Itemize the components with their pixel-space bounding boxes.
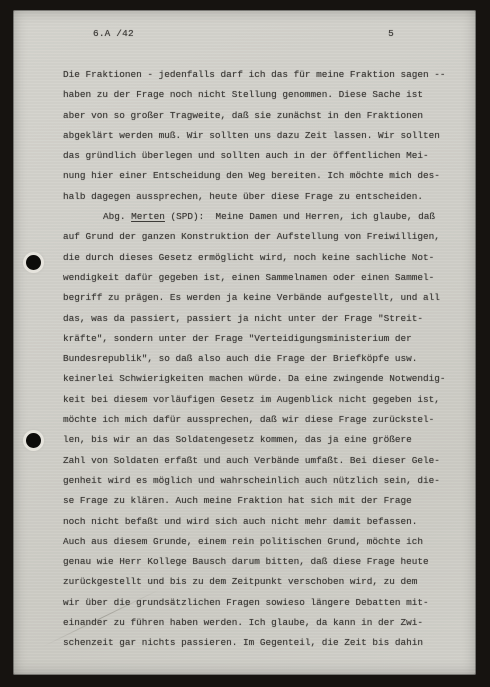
text-line: noch nicht befaßt und wird sich auch nic… <box>63 512 462 532</box>
text-line: genau wie Herr Kollege Bausch darum bitt… <box>63 552 462 572</box>
speaker-line: Abg. Merten (SPD): Meine Damen und Herre… <box>63 207 462 227</box>
text-line: schenzeit gar nichts passieren. Im Gegen… <box>63 633 462 653</box>
text-line: auf Grund der ganzen Konstruktion der Au… <box>63 227 462 247</box>
punch-hole-bottom <box>26 433 41 448</box>
text-line: die durch dieses Gesetz ermöglicht wird,… <box>63 248 462 268</box>
text-line: se Frage zu klären. Auch meine Fraktion … <box>63 491 462 511</box>
text-line: nung hier einer Entscheidung den Weg ber… <box>63 166 462 186</box>
text-line: einander zu führen haben werden. Ich gla… <box>63 613 462 633</box>
speaker-name: Merten <box>131 211 165 222</box>
speaker-line-rest: (SPD): Meine Damen und Herren, ich glaub… <box>165 211 435 222</box>
text-line: das gründlich überlegen und sollten auch… <box>63 146 462 166</box>
paragraph-2-merten-speech: Abg. Merten (SPD): Meine Damen und Herre… <box>63 207 462 654</box>
text-line: begriff zu prägen. Es werden ja keine Ve… <box>63 288 462 308</box>
text-line: Die Fraktionen - jedenfalls darf ich das… <box>63 65 462 85</box>
text-line: wendigkeit dafür gegeben ist, einen Samm… <box>63 268 462 288</box>
scanned-document-frame: { "colors": { "background": "#161310", "… <box>0 0 490 687</box>
text-line: keit bei diesem vorläufigen Gesetz im Au… <box>63 390 462 410</box>
text-line: Bundesrepublik", so daß also auch die Fr… <box>63 349 462 369</box>
document-body: Die Fraktionen - jedenfalls darf ich das… <box>63 65 462 654</box>
speaker-prefix: Abg. <box>103 211 131 222</box>
text-line: halb dagegen aussprechen, heute über die… <box>63 187 462 207</box>
text-line: abgeklärt werden muß. Wir sollten uns da… <box>63 126 462 146</box>
text-line: genheit wird es möglich und wahrscheinli… <box>63 471 462 491</box>
text-line: haben zu der Frage noch nicht Stellung g… <box>63 85 462 105</box>
text-line: len, bis wir an das Soldatengesetz komme… <box>63 430 462 450</box>
punch-hole-top <box>26 255 41 270</box>
text-line: zurückgestellt und bis zu dem Zeitpunkt … <box>63 572 462 592</box>
document-page: 6.A /42 5 Die Fraktionen - jedenfalls da… <box>13 10 476 675</box>
text-line: wir über die grundsätzlichen Fragen sowi… <box>63 593 462 613</box>
text-line: Auch aus diesem Grunde, einem rein polit… <box>63 532 462 552</box>
page-number: 5 <box>388 28 394 39</box>
text-line: möchte ich mich dafür aussprechen, daß w… <box>63 410 462 430</box>
text-line: Zahl von Soldaten erfaßt und auch Verbän… <box>63 451 462 471</box>
text-line: das, was da passiert, passiert ja nicht … <box>63 309 462 329</box>
text-line: aber von so großer Tragweite, daß sie zu… <box>63 106 462 126</box>
doc-reference: 6.A /42 <box>93 28 134 39</box>
page-header: 6.A /42 5 <box>13 28 476 39</box>
text-line: kräfte", sondern unter der Frage "Vertei… <box>63 329 462 349</box>
paragraph-1: Die Fraktionen - jedenfalls darf ich das… <box>63 65 462 207</box>
text-line: keinerlei Schwierigkeiten machen würde. … <box>63 369 462 389</box>
paragraph-2-continuation: auf Grund der ganzen Konstruktion der Au… <box>63 227 462 653</box>
